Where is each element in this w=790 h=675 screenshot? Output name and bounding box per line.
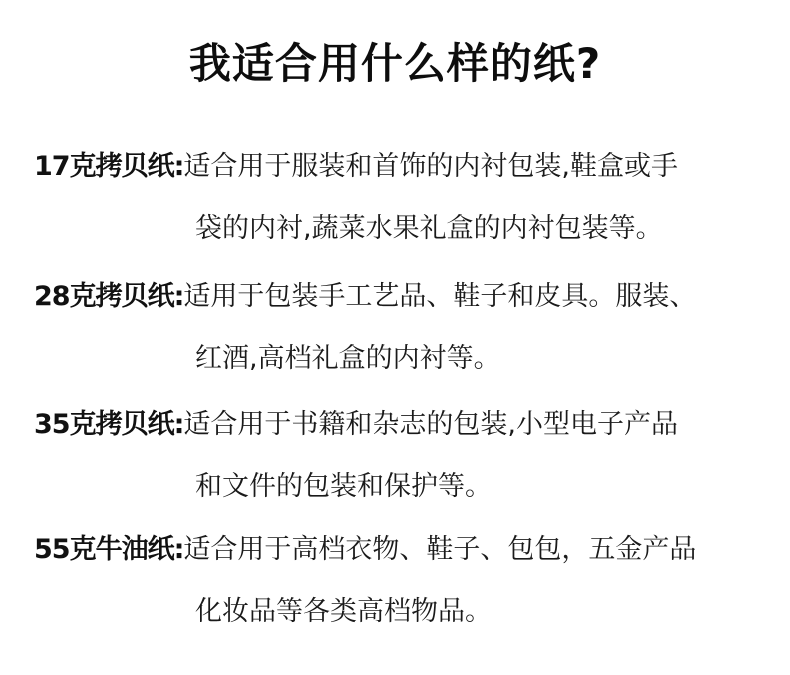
paper-type-label: 55克牛油纸: xyxy=(34,534,183,565)
paper-usage-continuation: 化妆品等各类高档物品。 xyxy=(195,594,492,630)
paper-type-label: 35克拷贝纸: xyxy=(34,409,183,440)
paper-usage-text: 适合用于服装和首饰的内衬包装,鞋盒或手 xyxy=(183,151,678,182)
paper-usage-text: 适用于包装手工艺品、鞋子和皮具。服装、 xyxy=(183,281,696,312)
paper-entry-35g-copy-paper: 35克拷贝纸:适合用于书籍和杂志的包装,小型电子产品 和文件的包装和保护等。 xyxy=(34,407,774,443)
entry-first-line: 55克牛油纸:适合用于高档衣物、鞋子、包包，五金产品 xyxy=(34,532,774,568)
paper-type-label: 28克拷贝纸: xyxy=(34,281,183,312)
paper-entry-17g-copy-paper: 17克拷贝纸:适合用于服装和首饰的内衬包装,鞋盒或手 袋的内衬,蔬菜水果礼盒的内… xyxy=(34,149,774,185)
paper-entry-28g-copy-paper: 28克拷贝纸:适用于包装手工艺品、鞋子和皮具。服装、 红酒,高档礼盒的内衬等。 xyxy=(34,279,774,315)
paper-usage-text: 适合用于书籍和杂志的包装,小型电子产品 xyxy=(183,409,678,440)
page-title: 我适合用什么样的纸? xyxy=(0,36,790,92)
paper-usage-continuation: 和文件的包装和保护等。 xyxy=(195,469,492,505)
paper-entry-55g-butter-paper: 55克牛油纸:适合用于高档衣物、鞋子、包包，五金产品 化妆品等各类高档物品。 xyxy=(34,532,774,568)
entry-first-line: 35克拷贝纸:适合用于书籍和杂志的包装,小型电子产品 xyxy=(34,407,774,443)
paper-type-label: 17克拷贝纸: xyxy=(34,151,183,182)
entry-first-line: 28克拷贝纸:适用于包装手工艺品、鞋子和皮具。服装、 xyxy=(34,279,774,315)
paper-usage-text: 适合用于高档衣物、鞋子、包包，五金产品 xyxy=(183,534,696,565)
paper-usage-continuation: 袋的内衬,蔬菜水果礼盒的内衬包装等。 xyxy=(195,211,663,247)
entry-first-line: 17克拷贝纸:适合用于服装和首饰的内衬包装,鞋盒或手 xyxy=(34,149,774,185)
paper-usage-continuation: 红酒,高档礼盒的内衬等。 xyxy=(195,341,501,377)
